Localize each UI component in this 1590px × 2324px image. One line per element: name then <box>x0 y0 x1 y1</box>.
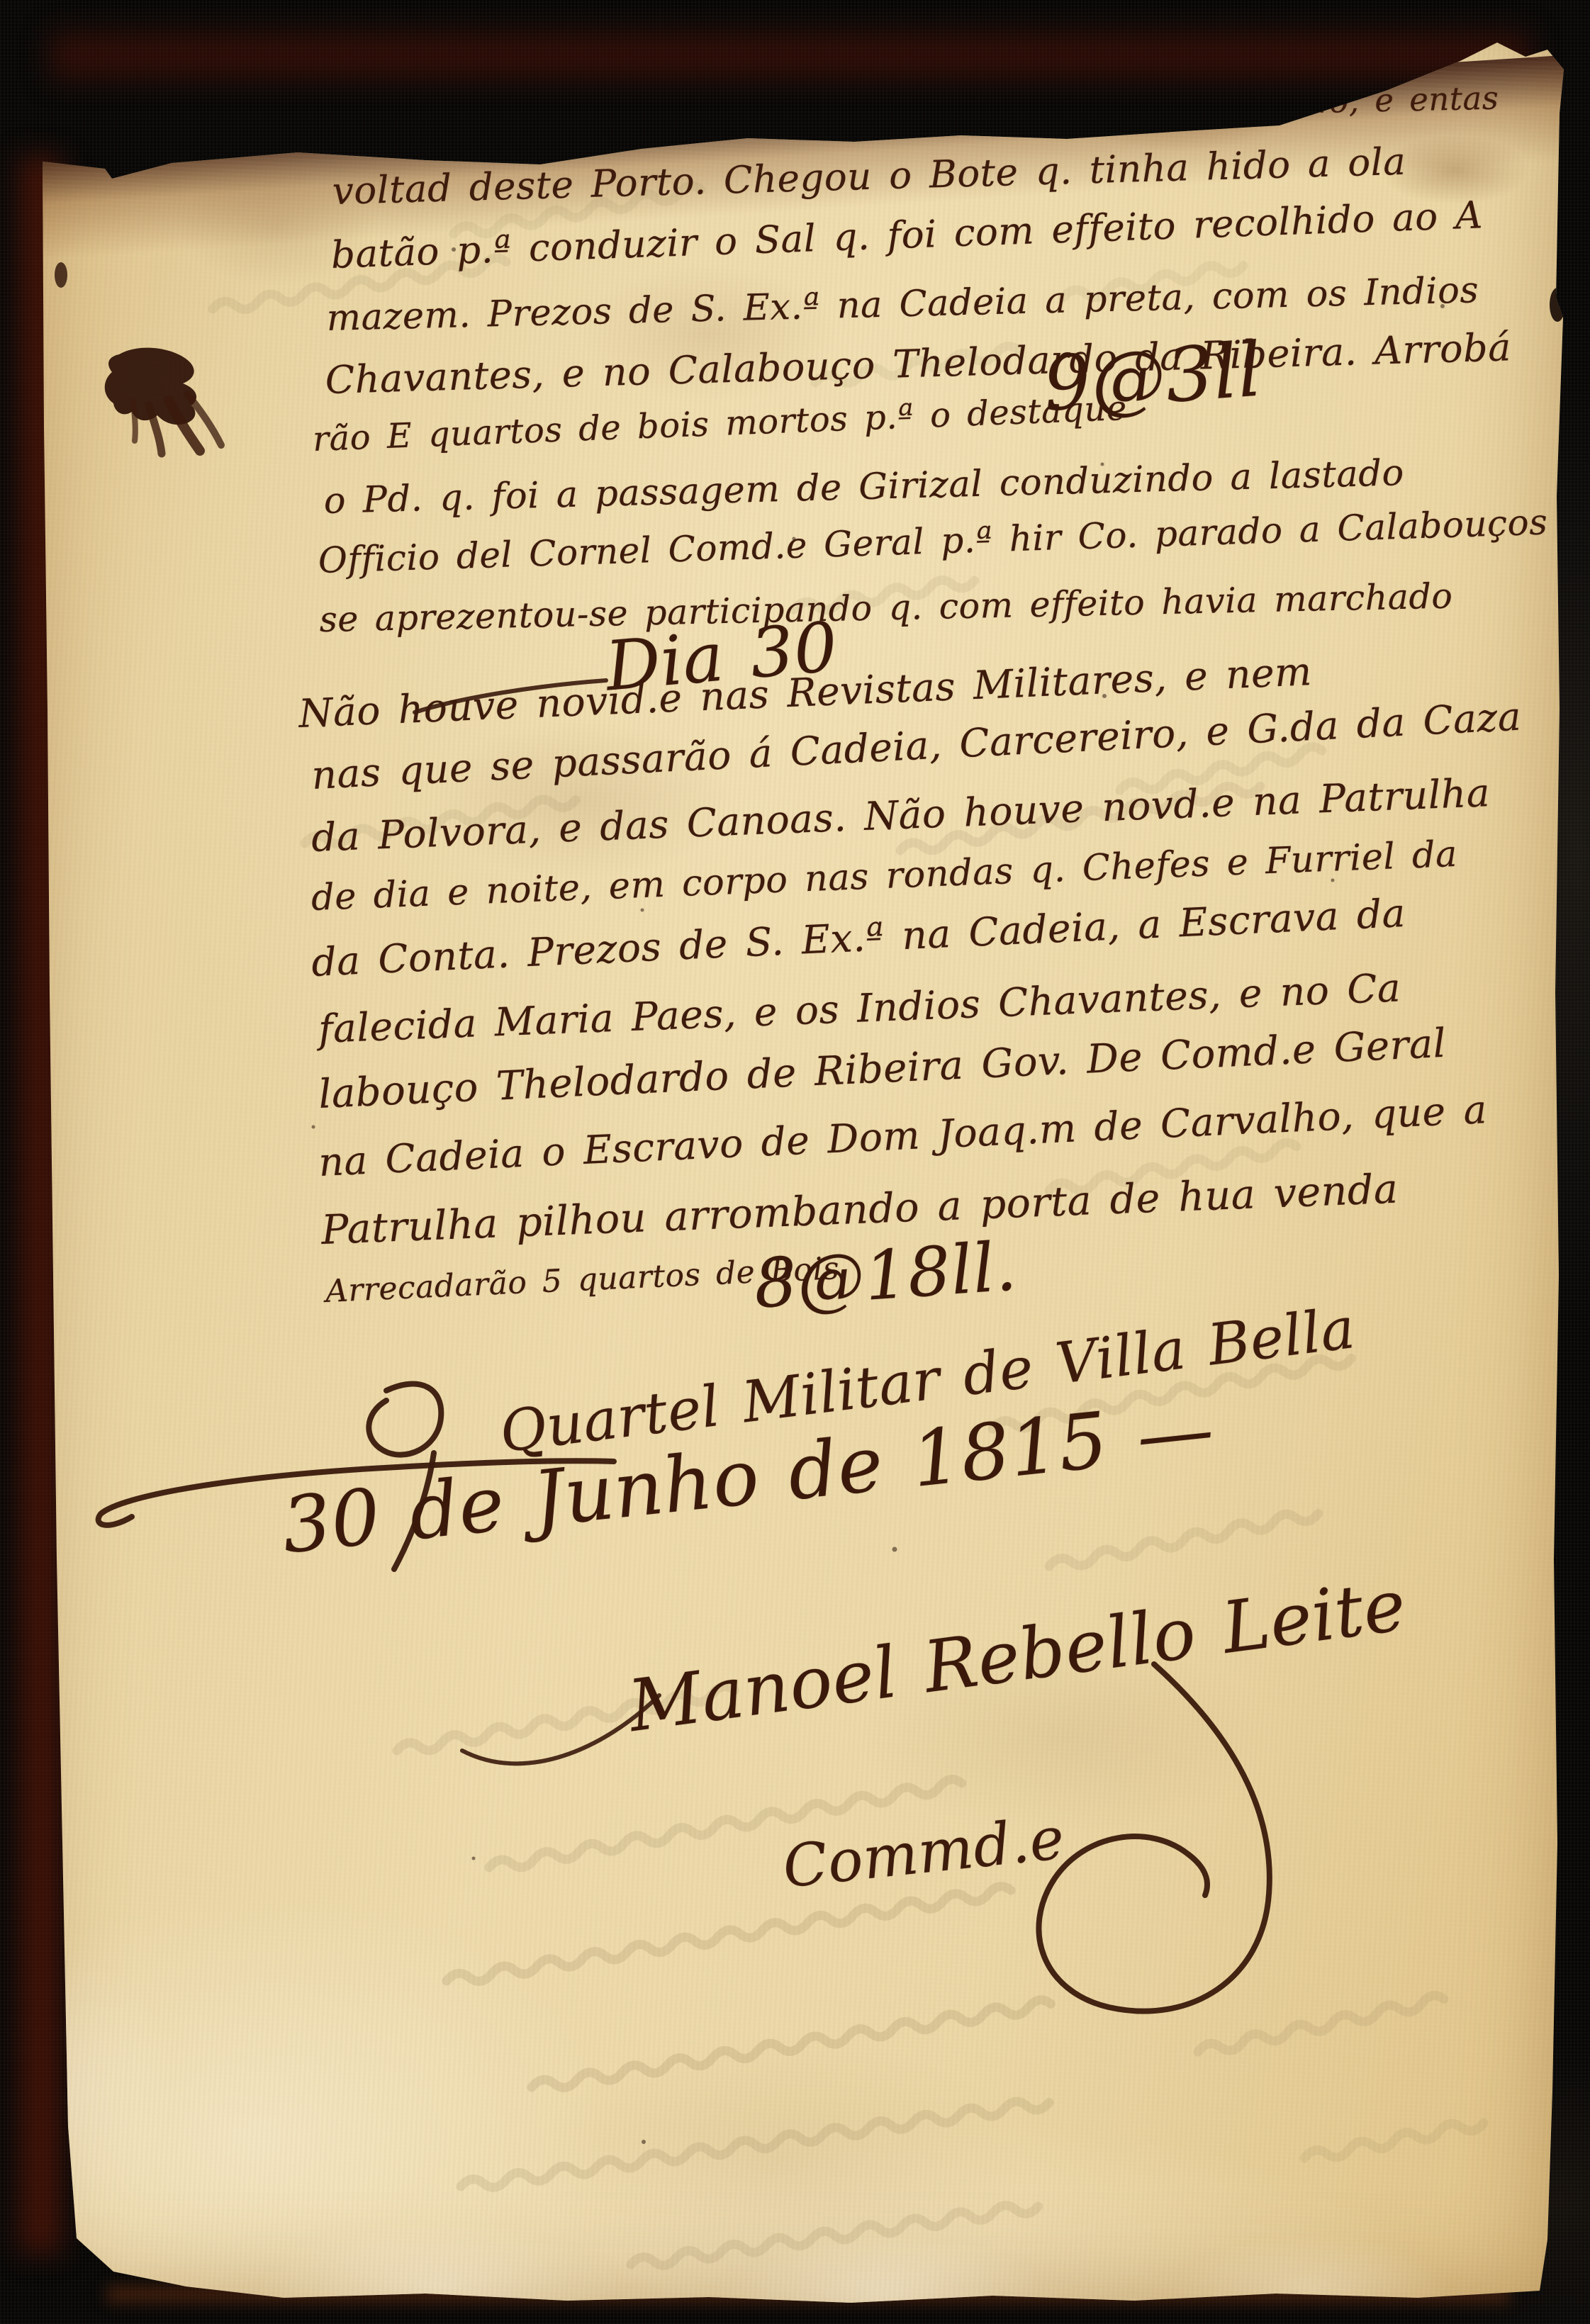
weight-annotation: 9@3ll <box>1041 326 1265 427</box>
manuscript-page: Pedras, e ahi entregad o mesmo Officio p… <box>0 0 1590 2324</box>
scanned-manuscript-photo: Pedras, e ahi entregad o mesmo Officio p… <box>0 0 1590 2324</box>
